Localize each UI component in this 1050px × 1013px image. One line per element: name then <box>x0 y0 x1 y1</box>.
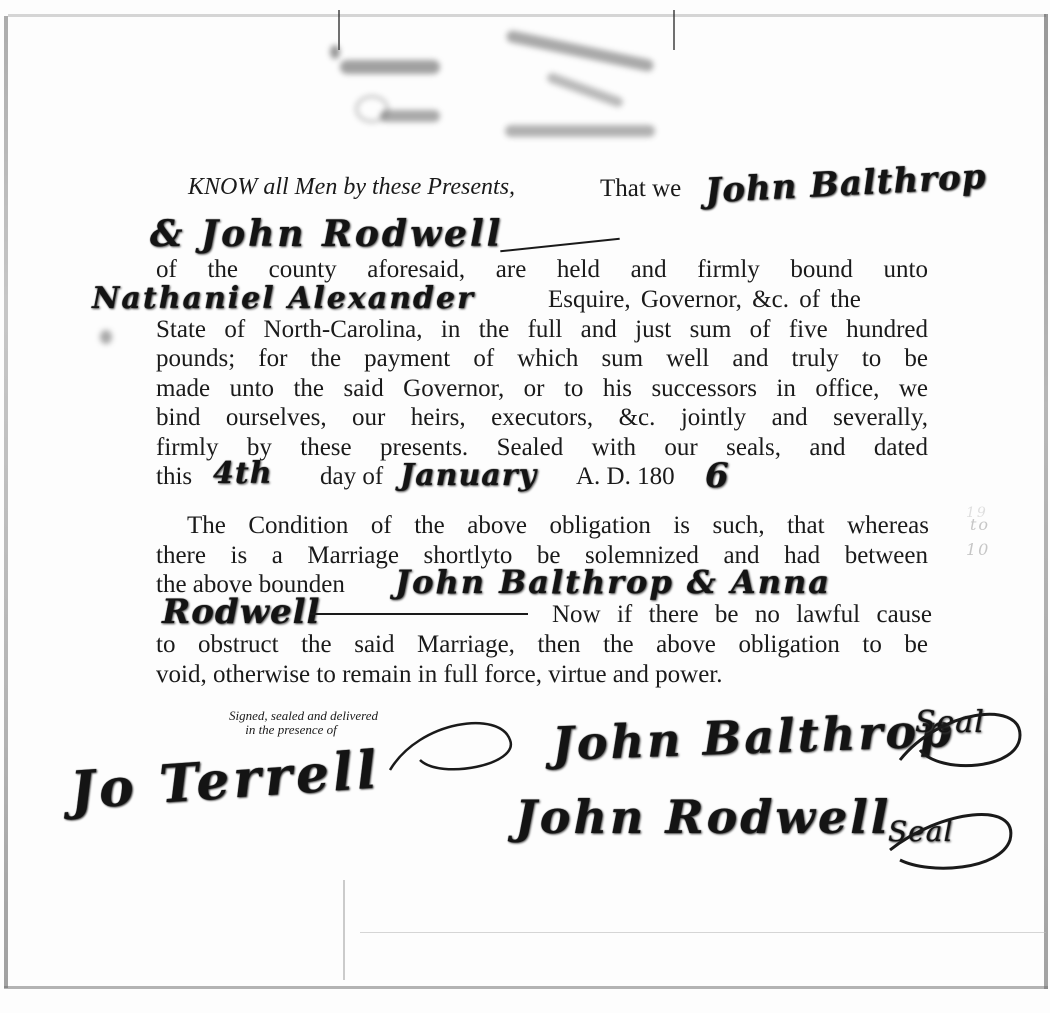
handwritten-parties-1: John Balthrop & Anna <box>395 563 831 601</box>
body-line-4: pounds; for the payment of which sum wel… <box>156 344 928 373</box>
handwritten-month: January <box>400 458 537 493</box>
handwritten-year-digit: 6 <box>705 456 730 496</box>
body-line-3: State of North-Carolina, in the full and… <box>156 315 928 344</box>
handwritten-day: 4th <box>213 456 273 491</box>
date-anno-domini: A. D. 180 <box>576 462 675 491</box>
attestation-label-line-2: in the presence of <box>196 723 386 737</box>
fold-mark <box>360 932 1046 933</box>
seal-flourish-icon <box>880 690 1040 880</box>
bleed-through-text: 10 <box>966 540 990 559</box>
blank-fill-line <box>310 613 528 615</box>
body-line-2: Esquire, Governor, &c. of the <box>548 285 861 314</box>
opening-italic-lead: KNOW all Men by these Presents, <box>188 173 515 202</box>
body-line-6: bind ourselves, our heirs, executors, &c… <box>156 403 928 432</box>
condition-line-6: void, otherwise to remain in full force,… <box>156 660 723 689</box>
body-line-1: of the county aforesaid, are held and fi… <box>156 255 928 284</box>
signature-john-rodwell: John Rodwell <box>515 790 891 844</box>
handwritten-flourish <box>500 238 620 253</box>
scanned-marriage-bond: to 10 19 KNOW all Men by these Presents,… <box>0 0 1050 1013</box>
witness-signature: Jo Terrell <box>68 739 382 822</box>
ink-smudge <box>330 45 340 59</box>
handwritten-governor: Nathaniel Alexander <box>92 281 475 316</box>
handwritten-obligor-2: & John Rodwell <box>150 213 503 255</box>
date-day-of: day of <box>320 462 383 491</box>
handwritten-parties-2: Rodwell <box>162 592 320 632</box>
scan-edge-bottom <box>4 986 1048 989</box>
witness-flourish-icon <box>380 710 540 790</box>
bleed-through-text: 19 <box>966 505 988 521</box>
docket-smudge <box>335 35 665 145</box>
condition-line-5: to obstruct the said Marriage, then the … <box>156 630 928 659</box>
ink-smudge <box>100 330 112 344</box>
body-line-5: made unto the said Governor, or to his s… <box>156 374 928 403</box>
scan-edge-top <box>8 14 1046 17</box>
date-this: this <box>156 462 192 491</box>
scan-edge-right <box>1044 14 1048 989</box>
scan-edge-left <box>4 16 8 988</box>
attestation-label-line-1: Signed, sealed and delivered <box>196 709 411 723</box>
opening-that-we: That we <box>600 174 681 203</box>
condition-line-4-tail: Now if there be no lawful cause <box>552 600 932 629</box>
condition-line-1: The Condition of the above obligation is… <box>187 511 929 540</box>
fold-mark <box>343 880 345 980</box>
handwritten-obligor-1: John Balthrop <box>704 157 987 212</box>
fold-mark <box>673 10 675 50</box>
